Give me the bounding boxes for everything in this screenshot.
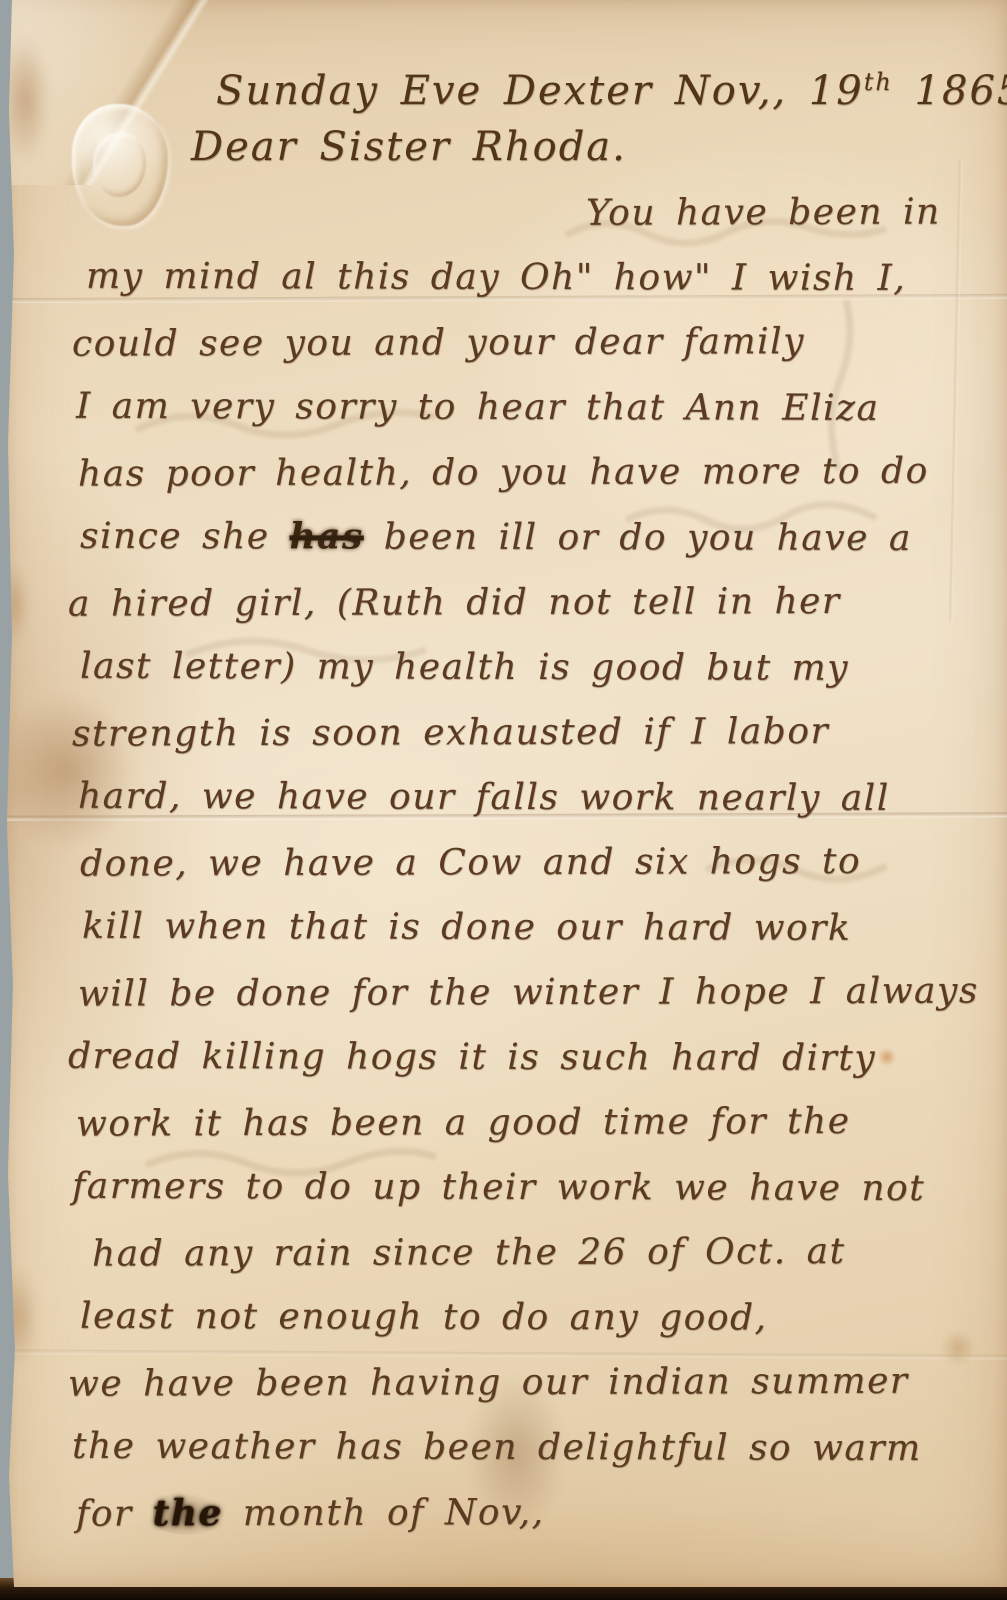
letter-line: done, we have a Cow and six hogs to	[80, 828, 1007, 896]
letter-line: the weather has been delightful so warm	[72, 1414, 1007, 1481]
letter-line: farmers to do up their work we have not	[72, 1154, 1007, 1221]
letter-line: since she has been ill or do you have a	[80, 504, 1007, 571]
letter-line: has poor health, do you have more to do	[78, 438, 1007, 506]
dateline: Sunday Eve Dexter Nov,, 19th 1865	[216, 50, 1007, 115]
letter-line: I am very sorry to hear that Ann Eliza	[76, 374, 1007, 441]
handwritten-text: the weather has been delightful so warm	[72, 1426, 922, 1469]
handwritten-text: a hired girl, (Ruth did not tell in her	[68, 581, 841, 625]
handwritten-text: has poor health, do you have more to do	[78, 451, 929, 495]
dateline-year: 1865	[893, 68, 1007, 114]
letter-content: Sunday Eve Dexter Nov,, 19th 1865 Dear S…	[6, 0, 1007, 1587]
handwritten-text: least not enough to do any good,	[80, 1296, 768, 1339]
letter-line: least not enough to do any good,	[80, 1284, 1007, 1351]
handwritten-text: kill when that is done our hard work	[82, 906, 851, 949]
handwritten-text: since she	[80, 516, 290, 558]
dateline-text: Sunday Eve Dexter Nov,, 19	[216, 68, 864, 114]
salutation: Dear Sister Rhoda.	[191, 115, 1007, 180]
letter-line: could see you and your dear family	[72, 308, 1007, 376]
handwritten-text: farmers to do up their work we have not	[72, 1166, 925, 1209]
letter-line: will be done for the winter I hope I alw…	[78, 958, 1007, 1026]
letter-line: had any rain since the 26 of Oct. at	[92, 1218, 1007, 1286]
handwritten-text: could see you and your dear family	[72, 321, 805, 365]
letter-line: You have been in	[586, 179, 1007, 245]
letter-line: work it has been a good time for the	[76, 1088, 1007, 1156]
letter-line: kill when that is done our hard work	[82, 894, 1007, 961]
handwritten-text: last letter) my health is good but my	[80, 646, 849, 689]
handwritten-text: been ill or do you have a	[364, 517, 912, 559]
handwritten-text: You have been in	[586, 191, 941, 233]
letter-line: hard, we have our falls work nearly all	[78, 764, 1007, 831]
letter-line: my mind al this day Oh" how" I wish I,	[86, 244, 1007, 311]
handwritten-text: for	[76, 1493, 153, 1534]
handwritten-text: dread killing hogs it is such hard dirty	[68, 1036, 876, 1079]
handwritten-text: month of Nov,,	[223, 1492, 545, 1534]
handwritten-text: my mind al this day Oh" how" I wish I,	[86, 256, 906, 299]
handwritten-text: work it has been a good time for the	[76, 1101, 851, 1145]
overwritten-word: the	[153, 1492, 223, 1534]
handwritten-text: done, we have a Cow and six hogs to	[80, 841, 861, 885]
handwritten-text: hard, we have our falls work nearly all	[78, 776, 890, 819]
letter-line: a hired girl, (Ruth did not tell in her	[68, 568, 1007, 636]
letter-line: dread killing hogs it is such hard dirty	[68, 1024, 1007, 1091]
handwritten-text: we have been having our indian summer	[68, 1361, 909, 1405]
letter-paper: Sunday Eve Dexter Nov,, 19th 1865 Dear S…	[6, 0, 1007, 1587]
dateline-ordinal: th	[864, 68, 893, 96]
handwritten-text: had any rain since the 26 of Oct. at	[92, 1231, 846, 1275]
handwritten-text: I am very sorry to hear that Ann Eliza	[76, 386, 880, 429]
letter-line: strength is soon exhausted if I labor	[72, 698, 1007, 766]
letter-line: we have been having our indian summer	[68, 1348, 1007, 1416]
handwritten-text: will be done for the winter I hope I alw…	[78, 970, 979, 1014]
letter-line: for the month of Nov,,	[76, 1478, 1007, 1546]
letter-body: You have been inmy mind al this day Oh" …	[6, 180, 1007, 1545]
handwritten-text: strength is soon exhausted if I labor	[72, 711, 829, 755]
struck-word: has	[289, 515, 363, 557]
letter-line: last letter) my health is good but my	[80, 634, 1007, 701]
